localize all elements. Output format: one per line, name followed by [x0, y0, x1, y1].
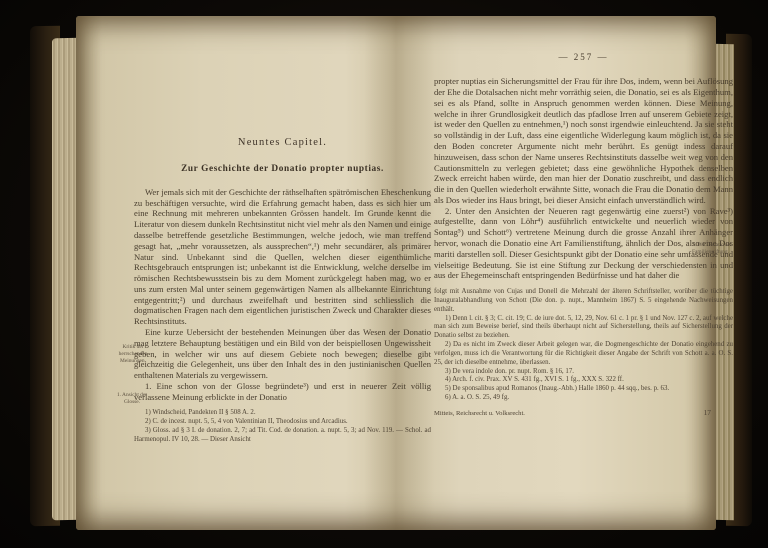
footnote: 4) Arch. f. civ. Prax. XV S. 431 fg., XV… — [434, 376, 733, 385]
left-paragraph: Wer jemals sich mit der Geschichte der r… — [134, 187, 431, 327]
left-footnotes: 1) Windscheid, Pandekten II § 508 A. 2. … — [134, 409, 431, 444]
footnote: 1) Denn l. cit. § 3; C. cit. 19; C. de i… — [434, 315, 733, 341]
right-paragraph: 2. Unter den Ansichten der Neueren ragt … — [434, 206, 733, 281]
footnote-continuation: folgt mit Ausnahme von Cujas und Donell … — [434, 288, 733, 314]
left-paragraph: Eine kurze Uebersicht der bestehenden Me… — [134, 327, 431, 381]
right-paragraph: propter nuptias ein Sicherungsmittel der… — [434, 76, 733, 205]
open-book: Kritik der herrschenden Meinungen. 1. An… — [30, 4, 752, 544]
left-page-text-block: Neuntes Capitel. Zur Geschichte der Dona… — [134, 136, 431, 445]
footnote: 5) De sponsalibus apud Romanos (Inaug.-A… — [434, 385, 733, 394]
footnote: 6) A. a. O. S. 25, 49 fg. — [434, 394, 733, 403]
footnote: 3) Gloss. ad § 3 I. de donation. 2, 7; a… — [134, 427, 431, 445]
sheet-number: 17 — [704, 408, 733, 417]
book-signature: Mitteis, Reichsrecht u. Volksrecht. — [434, 410, 525, 418]
footnote: 1) Windscheid, Pandekten II § 508 A. 2. — [134, 409, 431, 418]
signature-row: Mitteis, Reichsrecht u. Volksrecht. 17 — [434, 408, 733, 418]
footnote: 3) De vera indole don. pr. nupt. Rom. § … — [434, 368, 733, 377]
footnote: 2) Da es nicht im Zweck dieser Arbeit ge… — [434, 341, 733, 367]
section-heading: Zur Geschichte der Donatio propter nupti… — [134, 164, 431, 176]
footnote: 2) C. de incest. nupt. 5, 5, 4 von Valen… — [134, 418, 431, 427]
chapter-heading: Neuntes Capitel. — [134, 136, 431, 149]
right-footnotes: folgt mit Ausnahme von Cujas und Donell … — [434, 288, 733, 403]
left-paragraph: 1. Eine schon von der Glosse begründete³… — [134, 381, 431, 403]
right-page-text-block: — 257 — propter nuptias ein Sicherungsmi… — [434, 52, 733, 418]
page-number: — 257 — — [434, 52, 733, 63]
